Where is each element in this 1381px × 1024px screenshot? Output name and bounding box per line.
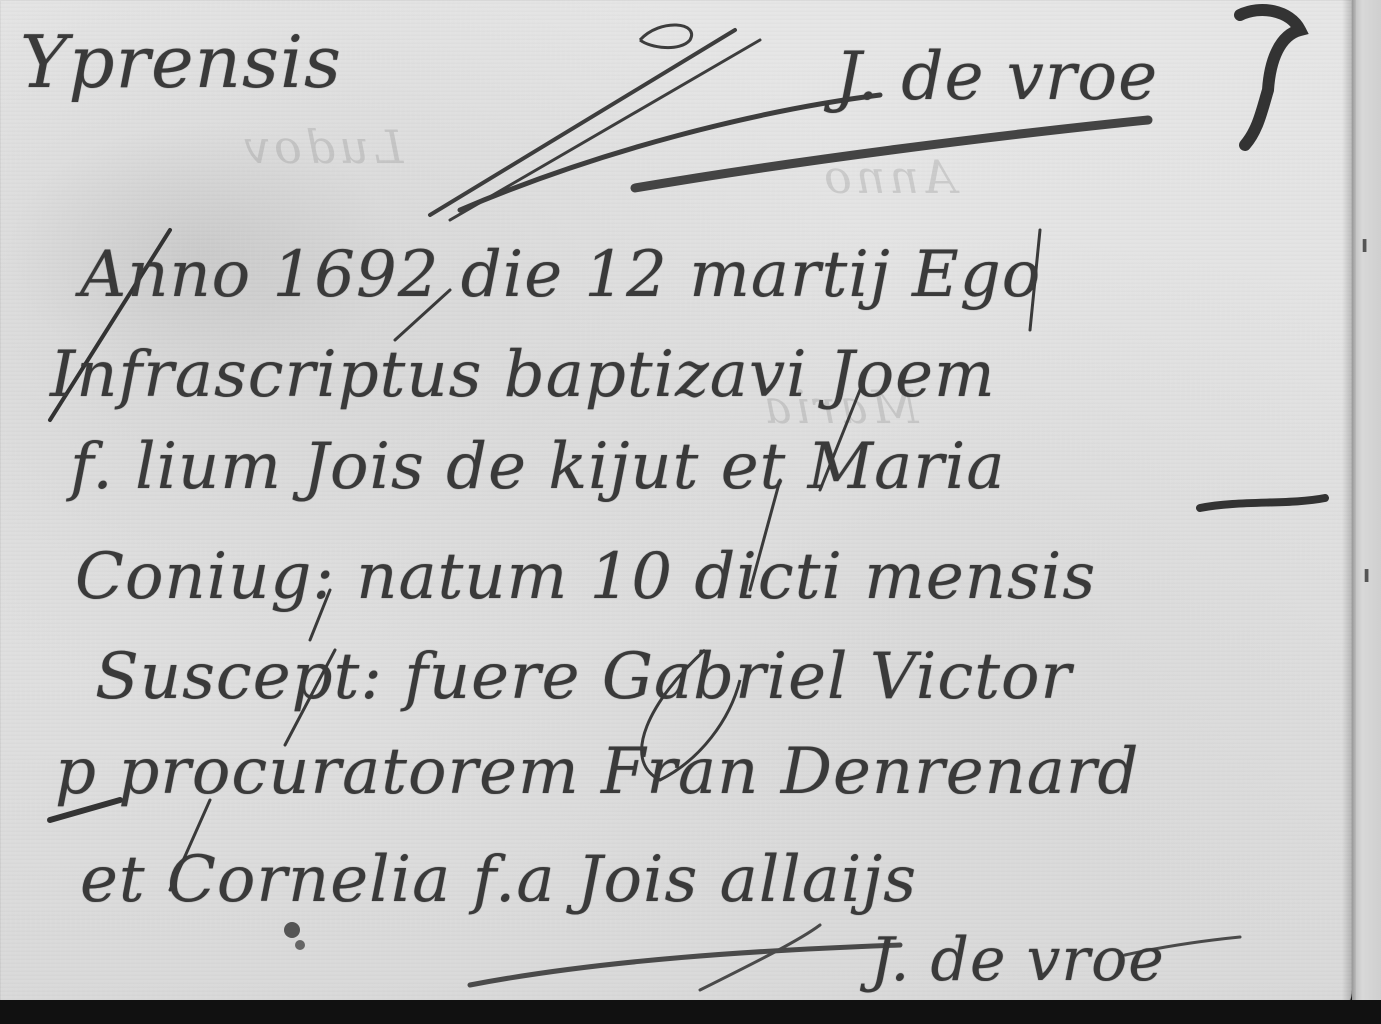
adjacent-page-fragment: ' [1360,560,1373,616]
bottom-signature: J. de vroe [870,925,1165,995]
document-photo: Ludov Anno Maria [0,0,1381,1024]
dark-background-strip [0,1000,1381,1024]
header-word: Yprensis [20,20,342,104]
register-line-7: et Cornelia f.a Jois allaijs [80,843,917,917]
adjacent-page-fragment: ' [1358,230,1371,286]
register-line-6: p procuratorem Fran Denrenard [55,735,1140,809]
register-line-4: Coniug: natum 10 dicti mensis [75,540,1096,614]
binding-shadow [1342,0,1356,1008]
register-line-5: Suscept: fuere Gabriel Victor [95,640,1072,714]
register-line-1: Anno 1692 die 12 martij Ego [80,238,1041,312]
register-line-3: f. lium Jois de kijut et Maria [70,430,1006,504]
header-signature: J. de vroe [835,38,1158,115]
adjacent-page-edge [1352,0,1381,1000]
register-line-2: Infrascriptus baptizavi Joem [50,338,996,412]
